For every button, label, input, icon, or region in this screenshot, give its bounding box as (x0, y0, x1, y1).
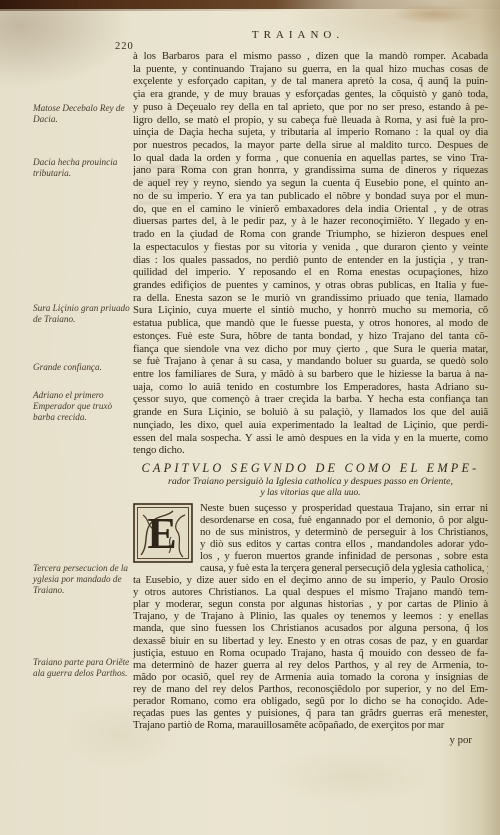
margin-note: Dacia hecha prouincia tributaria. (33, 157, 131, 179)
text-line: se fuè Trajano à çenar à su casa, y mand… (133, 355, 488, 368)
text-line: çessor suyo, que començò à traer creçida… (133, 393, 488, 406)
text-line: rey de mano del rey delos Parthos, recon… (133, 683, 488, 695)
text-line: ma determinò de hazer guerra al rey delo… (133, 659, 488, 671)
text-line: desordenarse en cosa, fuè engannado por … (200, 514, 488, 526)
text-line: dias : los quales passados, no perdiò pu… (133, 254, 488, 267)
text-line: fiança que siendole vna vez dicho por mu… (133, 343, 488, 356)
margin-note: Grande confiança. (33, 362, 131, 373)
text-line: y otros autores Christianos. La qual des… (133, 586, 488, 598)
text-line: Trajano partiò de Roma, marauillosamẽte … (133, 719, 488, 731)
margin-note: Traiano parte para Oriẽte ala guerra del… (33, 657, 131, 679)
text-line: tengo dicho. (133, 444, 488, 457)
text-line: essen del mala sospecha. Y assi le amò d… (133, 432, 488, 445)
margin-note: Sura Liçinio gran priuado de Traiano. (33, 303, 131, 325)
text-line: Neste buen suçesso y prosperidad questau… (200, 502, 488, 514)
text-line: nunçiado, les dixo, quel auia experiment… (133, 419, 488, 432)
text-line: estonçes. Fuè este Sura, hõbre de tanta … (133, 330, 488, 343)
main-text-column: à los Barbaros para el mismo passo , diz… (133, 50, 488, 746)
running-head: TRAIANO. (133, 29, 463, 41)
text-line: manda, que sino fuessen los Christianos … (133, 622, 488, 634)
text-line: la puente, y continuando Trajano su guer… (133, 63, 488, 76)
text-line: ligro dello, se matò el propio, y su cab… (133, 114, 488, 127)
text-line: quilidad del imperio. Y reposando el en … (133, 266, 488, 279)
text-line: ta Eusebio, y dize auer sido en el deçim… (133, 574, 488, 586)
text-line: uinçia de Daçia hecha sujeta, y tributar… (133, 126, 488, 139)
text-line: lo qual dada la orden y forma , que conu… (133, 152, 488, 165)
text-line: por nuestros pecados, la mayor parte del… (133, 139, 488, 152)
folio-number: 220 (115, 41, 134, 52)
text-line: perador Romano, como era obligado, segũ … (133, 695, 488, 707)
text-line: Sura Liçinio, cuya muerte el sintiò much… (133, 304, 488, 317)
text-line: grande en Sura Liçinio, se boluiò à su p… (133, 406, 488, 419)
text-line: mãdo por ocasiõ, quel rey de Armenia aui… (133, 671, 488, 683)
text-line: trado en la çiudad de Roma con grande Tr… (133, 228, 488, 241)
drop-cap-letter: E (147, 509, 176, 558)
body-text-block-2: E Neste buen suçesso y prosperidad quest… (133, 502, 488, 731)
text-line: reçadas pues las gentes y puisiones, q̃ … (133, 707, 488, 719)
text-line: diuersas partes del, à le pedir paz, y à… (133, 215, 488, 228)
scanned-book-page: 220 TRAIANO. Matose Decebalo Rey de Daci… (0, 0, 500, 835)
text-line: de aquel rey y reyno, siendo ya segun la… (133, 177, 488, 190)
margin-note: Tercera persecucion de la yglesia por ma… (33, 563, 131, 597)
text-line: à los Barbaros para el mismo passo , diz… (133, 50, 488, 63)
chapter-heading-line: rador Traiano persiguiò la Iglesia catho… (133, 476, 488, 488)
text-line: grandes edifiçios de puentes y caminos, … (133, 279, 488, 292)
text-line: do, que en el camino le vinierõ embaxado… (133, 203, 488, 216)
text-line: causa, y fuè esta la terçera general per… (200, 562, 488, 574)
text-line: dexassẽ biuir en su libertad y ley. Enes… (133, 635, 488, 647)
text-line: justiçia, estuuo en Roma ocupado Trajano… (133, 647, 488, 659)
text-line: ra della. Enesta sazon se le muriò vn gr… (133, 292, 488, 305)
text-line: exçelente y esforçado capitan, y de tal … (133, 75, 488, 88)
text-line: Trajano, y de Trajano à Plinio, las qual… (133, 610, 488, 622)
woodcut-initial-icon: E (133, 503, 193, 563)
body-text-block-1: à los Barbaros para el mismo passo , diz… (133, 50, 488, 457)
text-line: çia era grande, y de muy brauas y esforç… (133, 88, 488, 101)
text-line: la espectaculos y fiestas por su vitoria… (133, 241, 488, 254)
text-line: no de su imperio. Y era ya tan publicado… (133, 190, 488, 203)
text-line: entre los familiares de Sura, y mãdò à s… (133, 368, 488, 381)
margin-note: Adriano el primero Emperador que truxò b… (33, 390, 131, 424)
margin-note: Matose Decebalo Rey de Dacia. (33, 103, 131, 125)
catchword: y por (133, 734, 488, 746)
text-line: los , y fueron muertos grande infinidad … (200, 550, 488, 562)
text-line: y diò sus editos y cartas contra ellos ,… (200, 538, 488, 550)
book-binding-edge (0, 0, 500, 9)
text-line: uaja, como lo auiã tenido en costumbre l… (133, 381, 488, 394)
text-line: y puso à Deçeualo rey della en tal aprie… (133, 101, 488, 114)
text-line: plar y moderar, segun consta por algunas… (133, 598, 488, 610)
text-line: estatua publica, que mandò que le fuesse… (133, 317, 488, 330)
chapter-heading-line: CAPITVLO SEGVNDO DE COMO EL EMPE- (133, 461, 488, 476)
text-line: no de sus ministros, y determinò de pers… (200, 526, 488, 538)
text-line: jano para Roma con gran honrra, y grandi… (133, 164, 488, 177)
chapter-heading: CAPITVLO SEGVNDO DE COMO EL EMPE- rador … (133, 461, 488, 499)
chapter-heading-line: y las vitorias que alla uuo. (133, 488, 488, 499)
